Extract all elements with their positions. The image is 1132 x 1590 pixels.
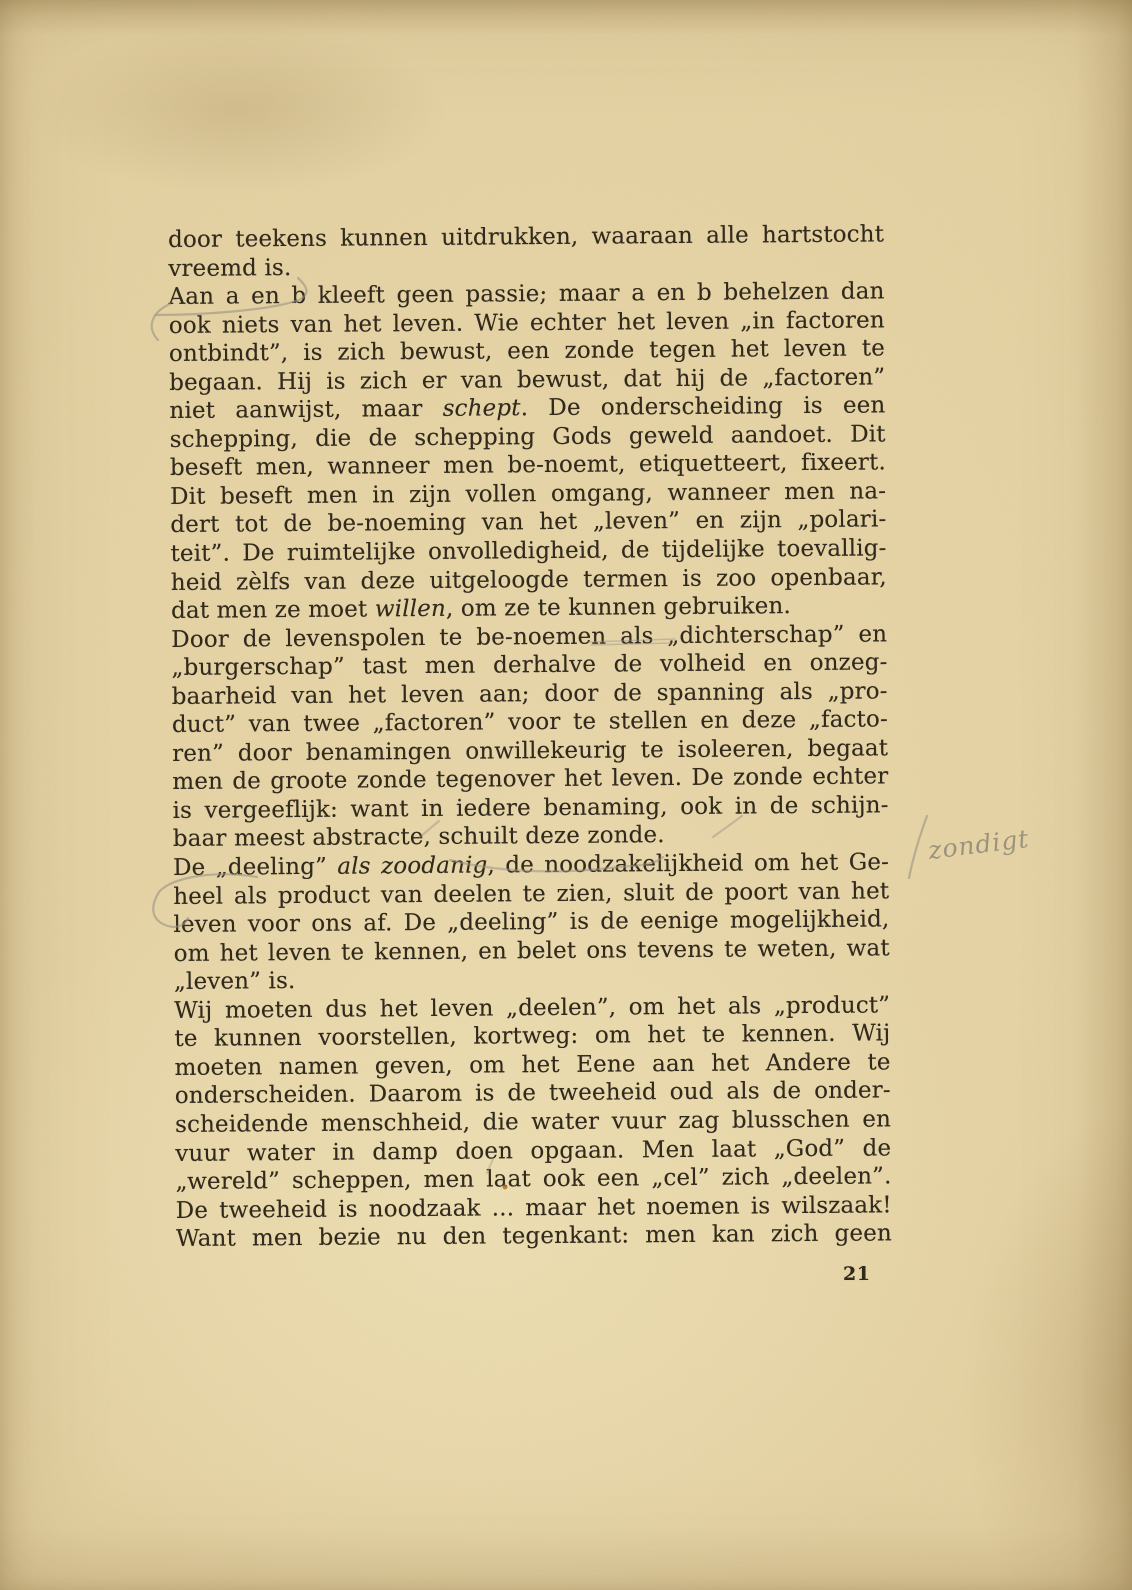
text-segment: dert tot de be-noeming van het „leven” e… — [170, 507, 886, 539]
text-segment: ook niets van het leven. Wie echter het … — [169, 307, 885, 339]
text-segment: . De onderscheiding is een — [521, 393, 886, 422]
pencil-paren-aan — [152, 304, 170, 340]
text-block: door teekens kunnen uitdrukken, waaraan … — [168, 220, 892, 1253]
text-segment: men de groote zonde tegenover het leven.… — [172, 764, 888, 796]
text-segment: begaan. Hij is zich er van bewust, dat h… — [169, 364, 885, 396]
text-segment: „burgerschap” tast men derhalve de volhe… — [171, 650, 887, 682]
text-segment: heel als product van deelen te zien, slu… — [173, 878, 889, 910]
text-segment: beseft men, wanneer men be-noemt, etique… — [170, 450, 886, 482]
italic-text-segment: schept — [443, 396, 521, 423]
text-segment: om het leven te kennen, en belet ons tev… — [174, 935, 890, 967]
text-segment: Want men bezie nu den tegenkant: men kan… — [176, 1220, 892, 1252]
text-segment: te kunnen voorstellen, kortweg: om het t… — [174, 1021, 890, 1053]
page-number: 21 — [843, 1263, 870, 1285]
text-segment: „leven” is. — [174, 968, 296, 995]
margin-note-handwriting: zondigt — [927, 824, 1031, 865]
text-segment: duct” van twee „factoren” voor te stelle… — [172, 707, 888, 739]
text-segment: Aan a en b kleeft geen passie; maar a en… — [168, 278, 884, 310]
pencil-slash-margin — [909, 816, 927, 878]
text-segment: is vergeeflijk: want in iedere benaming,… — [172, 792, 888, 824]
text-segment: vreemd is. — [168, 255, 291, 282]
text-segment: moeten namen geven, om het Eene aan het … — [175, 1049, 891, 1081]
text-segment: scheidende menschheid, die water vuur za… — [175, 1106, 891, 1138]
text-segment: , de noodzakelijkheid om het Ge- — [487, 849, 889, 878]
text-segment: baar meest abstracte, schuilt deze zonde… — [173, 823, 665, 853]
book-page-scan: door teekens kunnen uitdrukken, waaraan … — [0, 0, 1132, 1590]
text-line: Want men bezie nu den tegenkant: men kan… — [176, 1219, 892, 1253]
text-segment: Dit beseft men in zijn vollen omgang, wa… — [170, 478, 886, 510]
text-segment: ontbindt”, is zich bewust, een zonde teg… — [169, 336, 885, 368]
text-segment: onderscheiden. Daarom is de tweeheid oud… — [175, 1078, 891, 1110]
text-segment: leven voor ons af. De „deeling” is de ee… — [173, 906, 889, 938]
text-segment: dat men ze moet — [171, 596, 375, 624]
text-line: door teekens kunnen uitdrukken, waaraan … — [168, 220, 884, 254]
text-segment: „wereld” scheppen, men laat ook een „cel… — [175, 1163, 891, 1195]
italic-text-segment: willen — [375, 596, 446, 623]
text-segment: vuur water in damp doen opgaan. Men laat… — [175, 1135, 891, 1167]
text-segment: De tweeheid is noodzaak ... maar het noe… — [176, 1192, 892, 1224]
text-segment: schepping, die de schepping Gods geweld … — [170, 421, 886, 453]
text-segment: Wij moeten dus het leven „deelen”, om he… — [174, 992, 890, 1024]
text-segment: niet aanwijst, maar — [169, 396, 442, 424]
text-segment: De „deeling” — [173, 854, 338, 881]
text-segment: baarheid van het leven aan; door de span… — [172, 678, 888, 710]
text-segment: Door de levenspolen te be-noemen als „di… — [171, 621, 887, 653]
text-segment: door teekens kunnen uitdrukken, waaraan … — [168, 221, 884, 253]
text-segment: ren” door benamingen onwillekeurig te is… — [172, 735, 888, 767]
italic-text-segment: als zoodanig — [337, 853, 487, 880]
text-line: om het leven te kennen, en belet ons tev… — [174, 934, 890, 968]
text-segment: , om ze te kunnen gebruiken. — [446, 593, 791, 622]
text-segment: teit”. De ruimtelijke onvolledigheid, de… — [170, 535, 886, 567]
text-segment: heid zèlfs van deze uitgeloogde termen i… — [171, 564, 887, 596]
